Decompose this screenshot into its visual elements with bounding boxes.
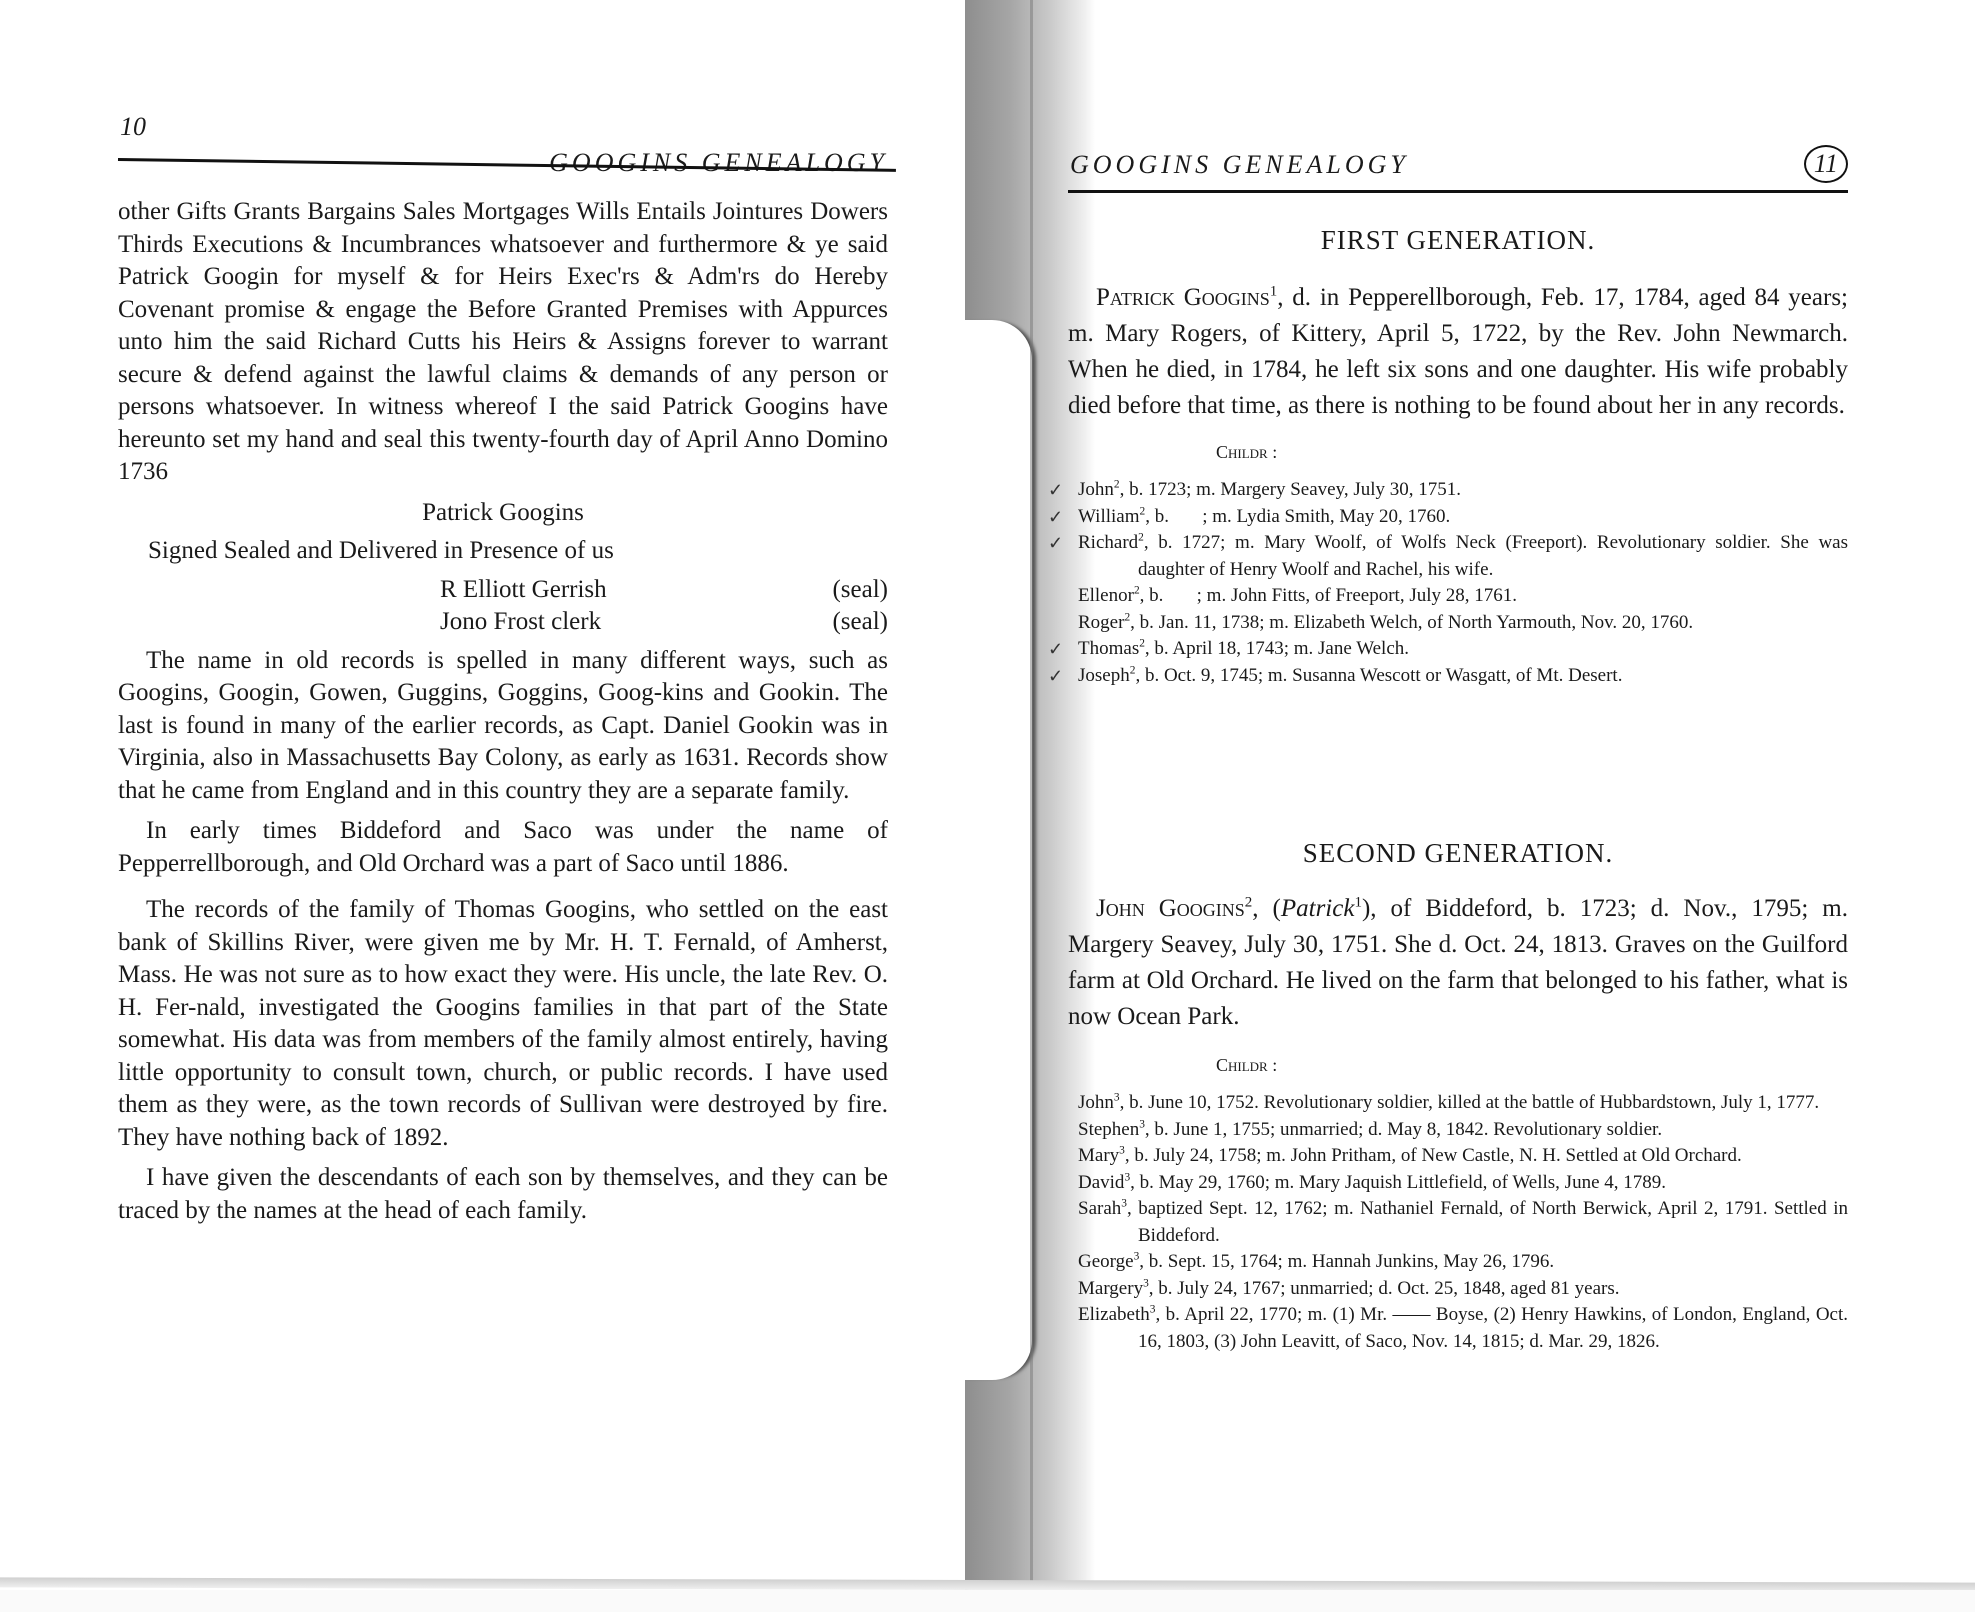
first-generation-section: FIRST GENERATION. Patrick Googins1, d. i…: [1068, 225, 1848, 689]
child-entry-john: John3, b. June 10, 1752. Revolutionary s…: [1068, 1090, 1848, 1117]
children-label: Childr :: [1216, 1055, 1848, 1076]
second-generation-children: John3, b. June 10, 1752. Revolutionary s…: [1068, 1090, 1848, 1355]
page-number-right-circled: 11: [1804, 145, 1848, 183]
child-entry-sarah: Sarah3, baptized Sept. 12, 1762; m. Nath…: [1068, 1196, 1848, 1249]
patrick-googins-entry: Patrick Googins1, d. in Pepperellborough…: [1068, 280, 1848, 424]
running-head-right: GOOGINS GENEALOGY: [1070, 150, 1409, 180]
witness-name: R Elliott Gerrish: [440, 574, 760, 607]
second-generation-heading: SECOND GENERATION.: [1068, 838, 1848, 869]
child-entry-elizabeth: Elizabeth3, b. April 22, 1770; m. (1) Mr…: [1068, 1302, 1848, 1355]
book-spine-line: [1030, 0, 1033, 1590]
child-entry-roger: Roger2, b. Jan. 11, 1738; m. Elizabeth W…: [1068, 610, 1848, 637]
lead-name: Patrick Googins: [1096, 284, 1270, 311]
scanner-bed: [0, 1590, 1975, 1612]
child-entry-joseph: ✓Joseph2, b. Oct. 9, 1745; m. Susanna We…: [1068, 663, 1848, 690]
checkmark-icon: ✓: [1048, 477, 1063, 504]
page-edge-notch: [960, 320, 1032, 1380]
witness-row: R Elliott Gerrish (seal): [118, 574, 888, 607]
deed-text: other Gifts Grants Bargains Sales Mortga…: [118, 196, 888, 489]
page-number-left: 10: [120, 112, 146, 142]
paragraph-thomas-records: The records of the family of Thomas Goog…: [118, 894, 888, 1154]
child-entry-thomas: ✓Thomas2, b. April 18, 1743; m. Jane Wel…: [1068, 636, 1848, 663]
child-entry-william: ✓William2, b. ; m. Lydia Smith, May 20, …: [1068, 504, 1848, 531]
paragraph-descendants: I have given the descendants of each son…: [118, 1162, 888, 1227]
child-entry-george: George3, b. Sept. 15, 1764; m. Hannah Ju…: [1068, 1249, 1848, 1276]
header-rule-right: [1068, 190, 1848, 193]
seal-mark: (seal): [820, 606, 888, 639]
child-entry-david: David3, b. May 29, 1760; m. Mary Jaquish…: [1068, 1170, 1848, 1197]
book-scan: 10 GOOGINS GENEALOGY other Gifts Grants …: [0, 0, 1975, 1612]
checkmark-icon: ✓: [1048, 530, 1063, 557]
witness-intro: Signed Sealed and Delivered in Presence …: [118, 535, 888, 568]
children-label: Childr :: [1216, 442, 1848, 463]
left-page-body: other Gifts Grants Bargains Sales Mortga…: [118, 196, 888, 1227]
second-generation-section: SECOND GENERATION. John Googins2, (Patri…: [1068, 838, 1848, 1355]
lead-name: John Googins: [1096, 895, 1245, 922]
child-entry-margery: Margery3, b. July 24, 1767; unmarried; d…: [1068, 1276, 1848, 1303]
john-googins-entry: John Googins2, (Patrick1), of Biddeford,…: [1068, 891, 1848, 1035]
checkmark-icon: ✓: [1048, 663, 1063, 690]
running-head-left: GOOGINS GENEALOGY: [549, 148, 888, 178]
first-generation-heading: FIRST GENERATION.: [1068, 225, 1848, 256]
checkmark-icon: ✓: [1048, 504, 1063, 531]
child-entry-stephen: Stephen3, b. June 1, 1755; unmarried; d.…: [1068, 1117, 1848, 1144]
paragraph-name-spellings: The name in old records is spelled in ma…: [118, 645, 888, 808]
checkmark-icon: ✓: [1048, 636, 1063, 663]
witness-row: Jono Frost clerk (seal): [118, 606, 888, 639]
parent-name: Patrick: [1281, 895, 1355, 922]
child-entry-mary: Mary3, b. July 24, 1758; m. John Pritham…: [1068, 1143, 1848, 1170]
child-entry-ellenor: Ellenor2, b. ; m. John Fitts, of Freepor…: [1068, 583, 1848, 610]
seal-mark: (seal): [820, 574, 888, 607]
signature: Patrick Googins: [118, 497, 888, 530]
witness-list: R Elliott Gerrish (seal) Jono Frost cler…: [118, 574, 888, 639]
paragraph-early-times: In early times Biddeford and Saco was un…: [118, 815, 888, 880]
child-entry-richard: ✓Richard2, b. 1727; m. Mary Woolf, of Wo…: [1068, 530, 1848, 583]
witness-name: Jono Frost clerk: [440, 606, 760, 639]
first-generation-children: ✓John2, b. 1723; m. Margery Seavey, July…: [1068, 477, 1848, 689]
child-entry-john: ✓John2, b. 1723; m. Margery Seavey, July…: [1068, 477, 1848, 504]
